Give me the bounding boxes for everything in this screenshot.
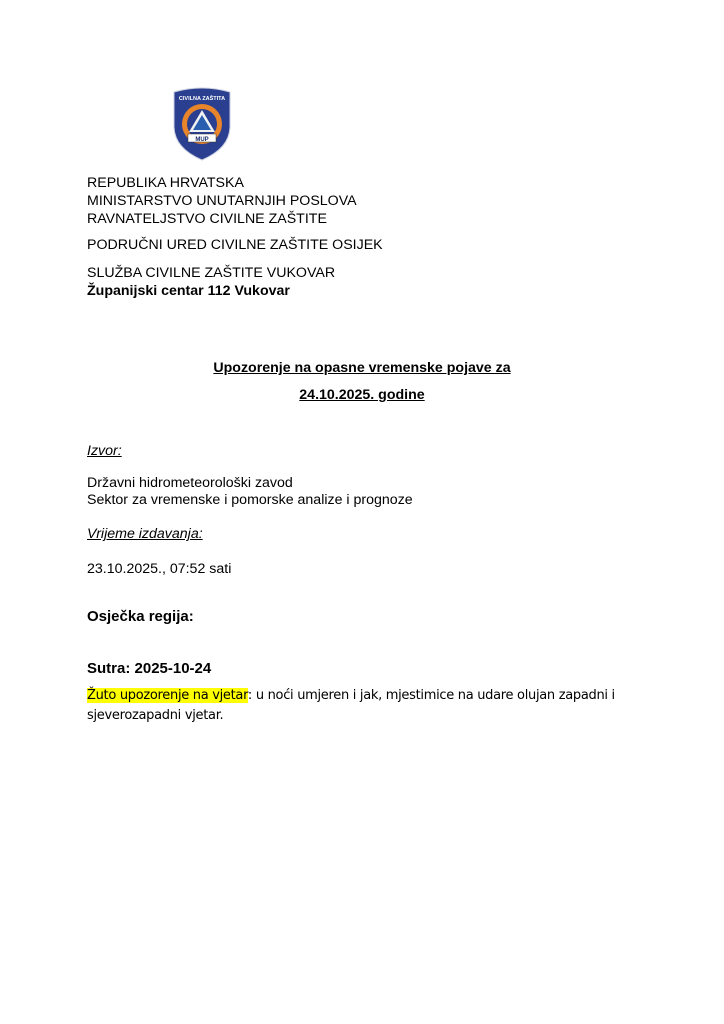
header-ministarstvo: MINISTARSTVO UNUTARNJIH POSLOVA <box>87 192 357 210</box>
svg-text:CIVILNA ZAŠTITA: CIVILNA ZAŠTITA <box>179 94 225 102</box>
civilna-zastita-logo-icon: MUP CIVILNA ZAŠTITA <box>170 86 234 162</box>
document-title: Upozorenje na opasne vremenske pojave za <box>0 360 724 376</box>
header-sluzba: SLUŽBA CIVILNE ZAŠTITE VUKOVAR <box>87 264 335 282</box>
source-label: Izvor: <box>87 442 122 460</box>
document-title-date: 24.10.2025. godine <box>0 387 724 403</box>
header-republika: REPUBLIKA HRVATSKA <box>87 174 244 192</box>
header-ravnateljstvo: RAVNATELJSTVO CIVILNE ZAŠTITE <box>87 210 327 228</box>
warning-highlight: Žuto upozorenje na vjetar <box>87 688 248 703</box>
forecast-day: Sutra: 2025-10-24 <box>87 660 211 678</box>
svg-text:MUP: MUP <box>195 137 208 143</box>
header-podrucni-ured: PODRUČNI URED CIVILNE ZAŠTITE OSIJEK <box>87 236 383 254</box>
source-sector: Sektor za vremenske i pomorske analize i… <box>87 491 413 509</box>
issued-value: 23.10.2025., 07:52 sati <box>87 560 231 578</box>
source-institution: Državni hidrometeorološki zavod <box>87 474 293 492</box>
issued-label: Vrijeme izdavanja: <box>87 525 203 543</box>
header-zupanijski-centar: Županijski centar 112 Vukovar <box>87 282 290 300</box>
region-heading: Osječka regija: <box>87 608 194 626</box>
wind-warning: Žuto upozorenje na vjetar: u noći umjere… <box>87 686 647 726</box>
